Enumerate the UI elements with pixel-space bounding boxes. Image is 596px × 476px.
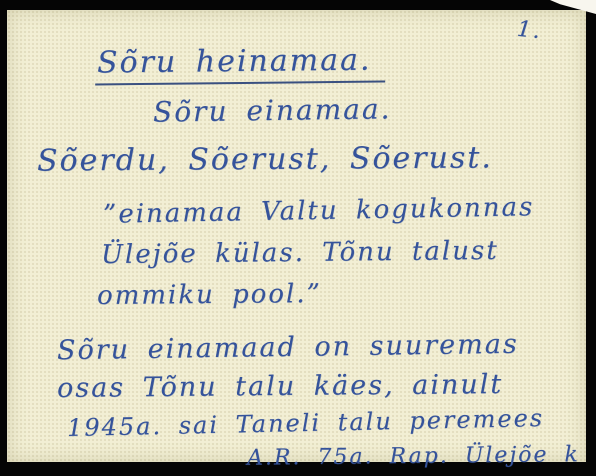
- note-line-1: Sõru einamaad on suuremas: [57, 329, 519, 366]
- note-line-2: osas Tõnu talu käes, ainult: [57, 369, 503, 404]
- index-card: 1. Sõru heinamaa. Sõru einamaa. Sõerdu, …: [7, 10, 586, 462]
- dialect-form-line: Sõru einamaa.: [153, 92, 392, 128]
- page-number: 1.: [516, 17, 543, 44]
- note-line-3: 1945a. sai Taneli talu peremees: [67, 404, 545, 442]
- case-forms-line: Sõerdu, Sõerust, Sõerust.: [37, 140, 493, 178]
- quote-line-1: ”einamaa Valtu kogukonnas: [103, 192, 535, 230]
- card-title-place-name: Sõru heinamaa.: [95, 42, 386, 85]
- quote-line-2: Ülejõe külas. Tõnu talust: [101, 236, 499, 270]
- source-reference-line: A.R. 75a. Rap. Ülejõe k: [247, 442, 580, 470]
- quote-line-3: ommiku pool.”: [97, 279, 322, 311]
